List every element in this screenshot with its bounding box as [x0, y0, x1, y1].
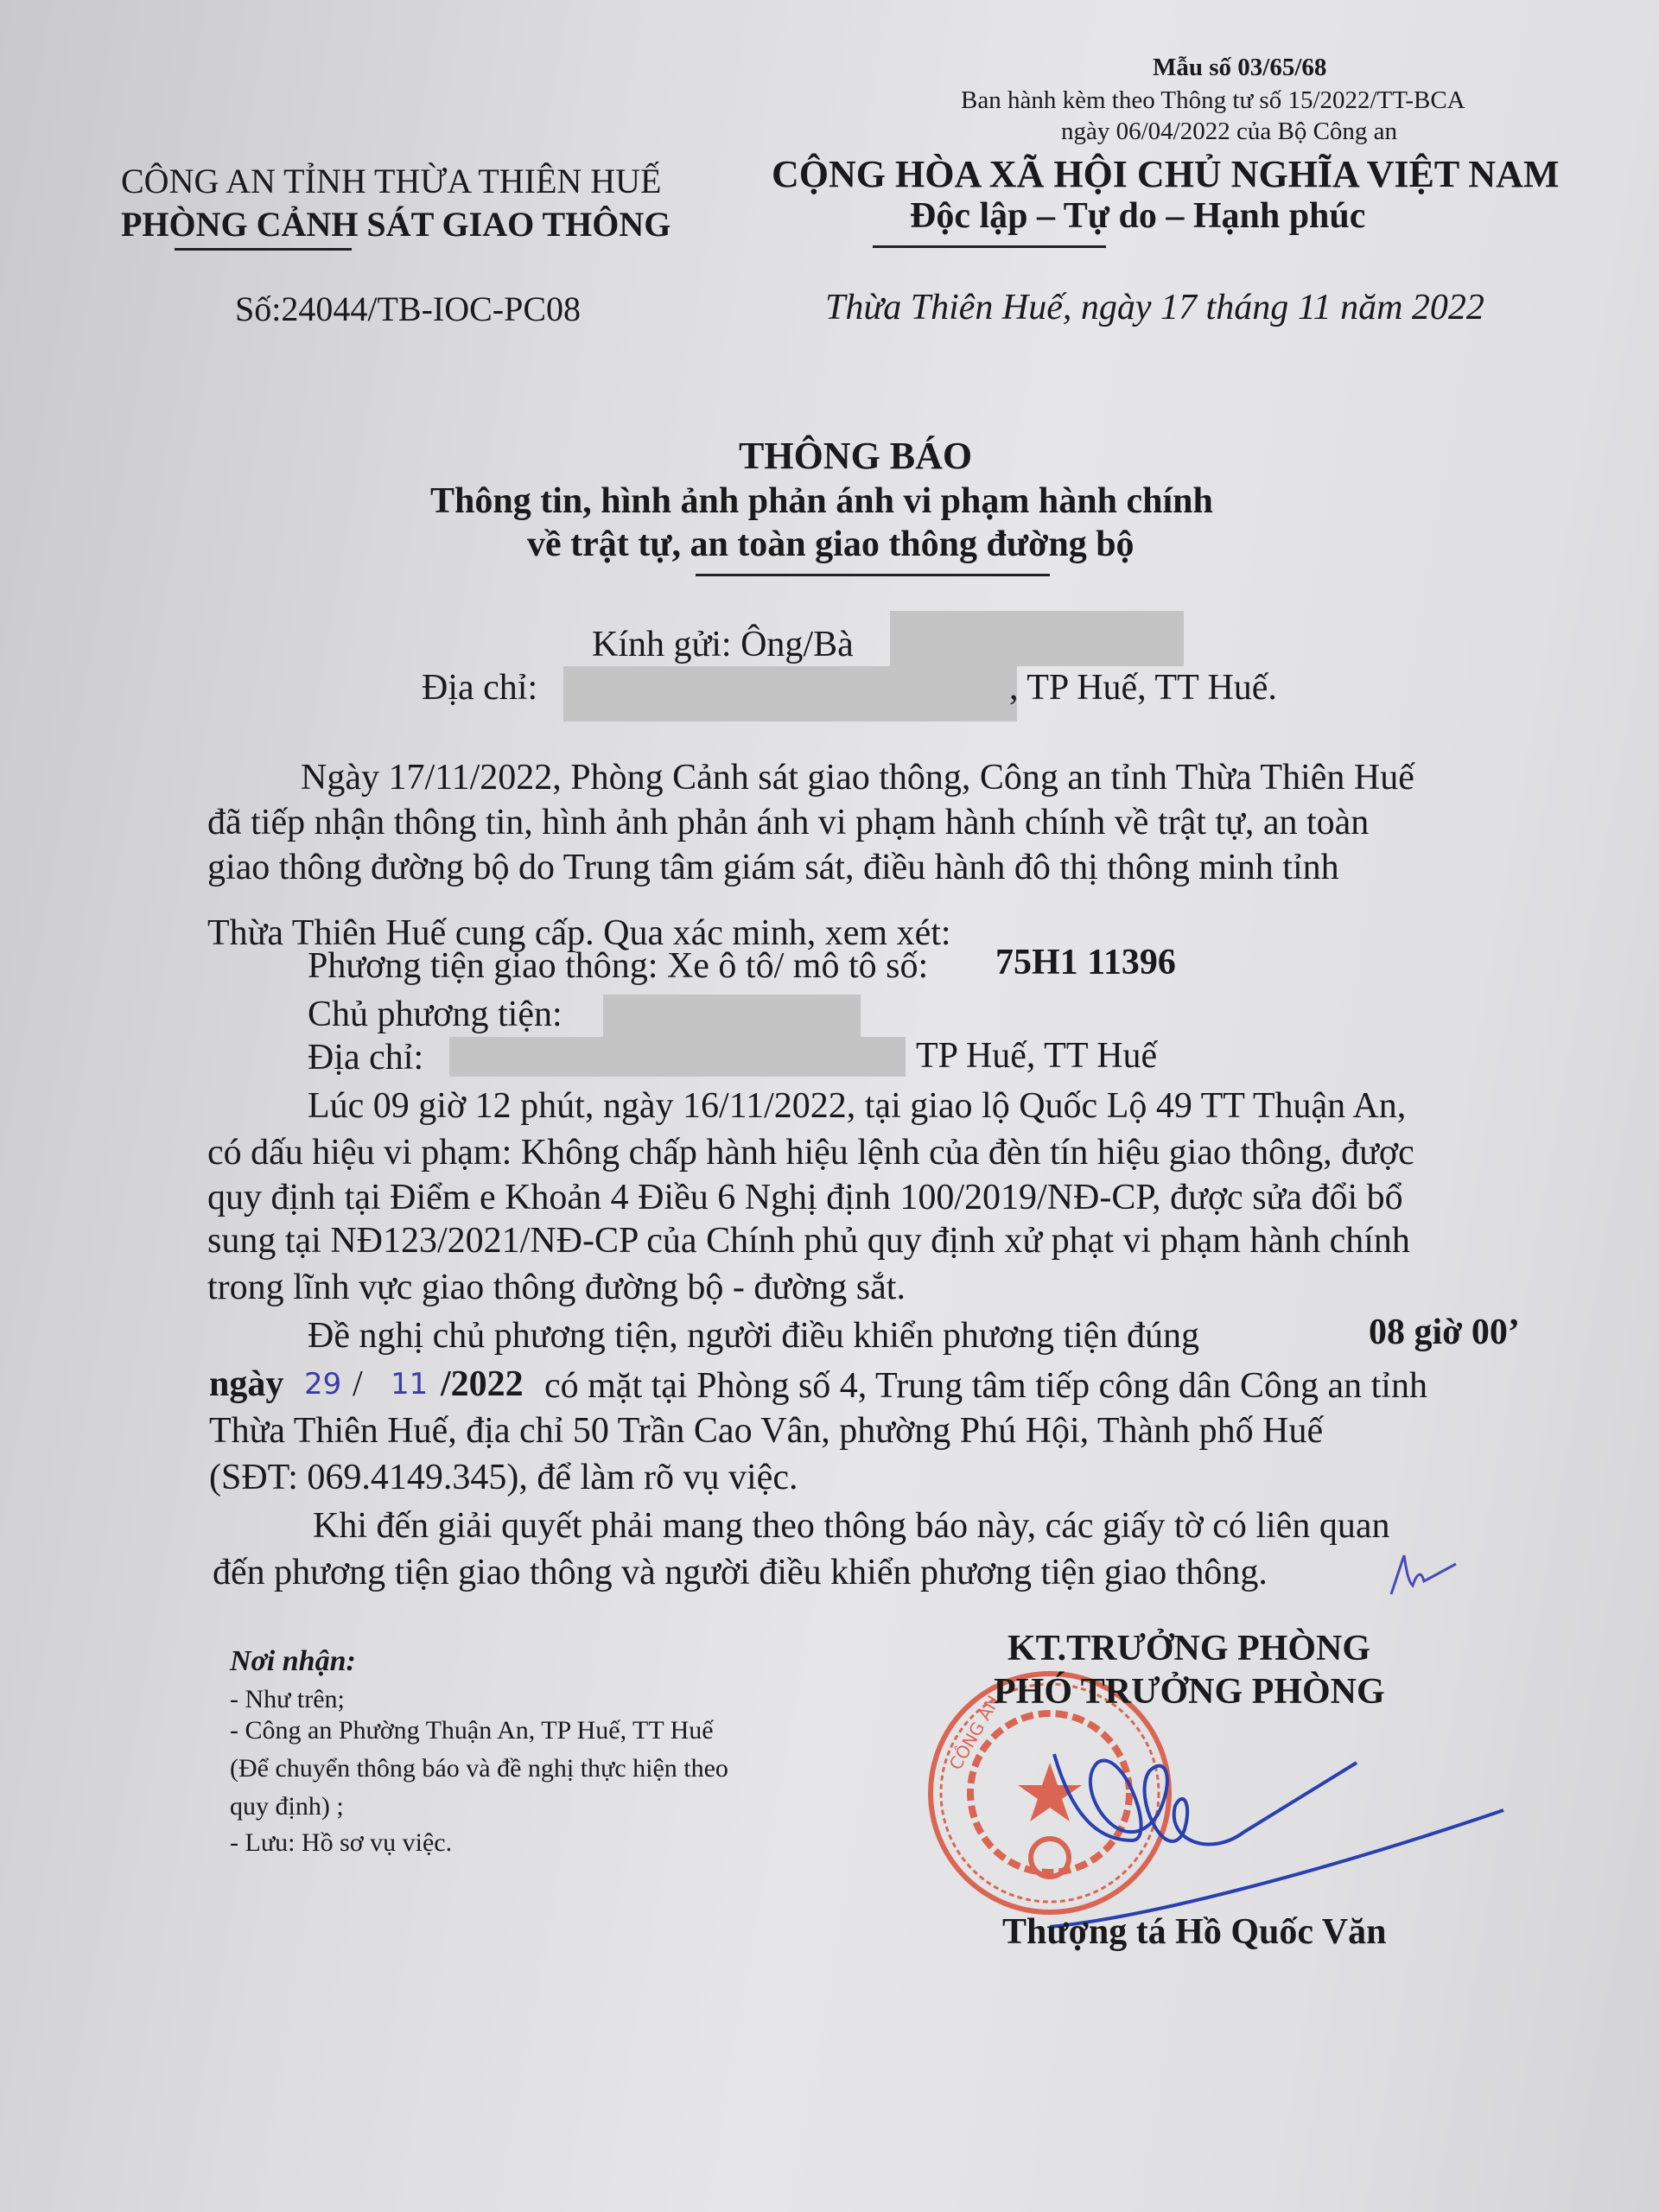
redacted-recipient-address	[563, 666, 1017, 721]
notice-document: Mẫu số 03/65/68 Ban hành kèm theo Thông …	[0, 0, 1659, 2212]
agency-underline	[175, 248, 352, 251]
paragraph2-line1: Lúc 09 giờ 12 phút, ngày 16/11/2022, tại…	[308, 1085, 1406, 1127]
paragraph2-line3: quy định tại Điểm e Khoản 4 Điều 6 Nghị …	[207, 1177, 1403, 1218]
owner-address-label: Địa chỉ:	[308, 1037, 423, 1078]
form-issued-date: ngày 06/04/2022 của Bộ Công an	[1061, 118, 1397, 146]
distribution-item-5: - Lưu: Hồ sơ vụ việc.	[230, 1828, 452, 1858]
appointment-time: 08 giờ 00’	[1369, 1312, 1520, 1353]
recipient-address-label: Địa chỉ:	[422, 667, 537, 709]
paragraph1-line2: đã tiếp nhận thông tin, hình ảnh phản án…	[207, 802, 1369, 843]
distribution-item-4: quy định) ;	[230, 1792, 344, 1821]
distribution-item-2: - Công an Phường Thuận An, TP Huế, TT Hu…	[230, 1716, 714, 1745]
redacted-recipient-name	[890, 611, 1184, 666]
motto-underline	[873, 245, 1106, 248]
national-motto: Độc lập – Tự do – Hạnh phúc	[910, 195, 1365, 237]
appointment-day-handwritten: 29	[304, 1367, 341, 1402]
paragraph2-line4: sung tại NĐ123/2021/NĐ-CP của Chính phủ …	[207, 1220, 1410, 1262]
distribution-heading: Nơi nhận:	[230, 1645, 356, 1678]
appointment-year: /2022	[441, 1363, 524, 1405]
document-subtitle-line1: Thông tin, hình ảnh phản ánh vi phạm hàn…	[430, 480, 1213, 522]
paragraph3-line2: có mặt tại Phòng số 4, Trung tâm tiếp cô…	[544, 1365, 1427, 1407]
owner-label: Chủ phương tiện:	[308, 994, 563, 1035]
recipient-label: Kính gửi: Ông/Bà	[592, 624, 854, 665]
paragraph2-line2: có dấu hiệu vi phạm: Không chấp hành hiệ…	[207, 1132, 1414, 1173]
title-underline	[696, 574, 1050, 576]
redacted-owner-name	[603, 995, 861, 1038]
handwritten-signature-icon	[950, 1711, 1538, 1935]
document-title: THÔNG BÁO	[739, 434, 972, 478]
paragraph4-line1: Khi đến giải quyết phải mang theo thông …	[313, 1505, 1389, 1547]
form-number: Mẫu số 03/65/68	[1153, 54, 1326, 82]
signer-name: Thượng tá Hồ Quốc Văn	[1002, 1911, 1386, 1953]
appointment-day-label: ngày	[209, 1363, 283, 1405]
document-subtitle-line2: về trật tự, an toàn giao thông đường bộ	[527, 524, 1135, 565]
initials-mark-icon	[1382, 1547, 1460, 1599]
distribution-item-1: - Như trên;	[230, 1685, 345, 1714]
recipient-address-suffix: , TP Huế, TT Huế.	[1009, 667, 1277, 709]
paragraph2-line5: trong lĩnh vực giao thông đường bộ - đườ…	[207, 1267, 906, 1308]
agency-department: PHÒNG CẢNH SÁT GIAO THÔNG	[121, 204, 671, 245]
paragraph3-line1: Đề nghị chủ phương tiện, người điều khiể…	[308, 1315, 1199, 1357]
paragraph1-line3: giao thông đường bộ do Trung tâm giám sá…	[207, 847, 1339, 888]
owner-address-suffix: TP Huế, TT Huế	[916, 1035, 1157, 1077]
redacted-owner-address	[449, 1037, 906, 1077]
date-separator: /	[353, 1363, 363, 1405]
document-number: Số:24044/TB-IOC-PC08	[235, 289, 581, 329]
paragraph4-line2: đến phương tiện giao thông và người điều…	[213, 1552, 1268, 1593]
license-plate: 75H1 11396	[995, 942, 1176, 983]
signature-on-behalf: KT.TRƯỞNG PHÒNG	[1007, 1628, 1370, 1669]
country-name: CỘNG HÒA XÃ HỘI CHỦ NGHĨA VIỆT NAM	[772, 152, 1559, 196]
paragraph3-line3: Thừa Thiên Huế, địa chỉ 50 Trần Cao Vân,…	[209, 1410, 1323, 1452]
paragraph1-line1: Ngày 17/11/2022, Phòng Cảnh sát giao thô…	[301, 757, 1414, 798]
vehicle-label: Phương tiện giao thông: Xe ô tô/ mô tô s…	[308, 945, 928, 987]
appointment-month-handwritten: 11	[391, 1367, 428, 1402]
place-date: Thừa Thiên Huế, ngày 17 tháng 11 năm 202…	[825, 287, 1484, 328]
agency-parent: CÔNG AN TỈNH THỪA THIÊN HUẾ	[121, 161, 661, 201]
form-issued-with: Ban hành kèm theo Thông tư số 15/2022/TT…	[961, 86, 1465, 115]
signature-position: PHÓ TRƯỞNG PHÒNG	[994, 1671, 1385, 1713]
distribution-item-3: (Để chuyển thông báo và đề nghị thực hiệ…	[230, 1754, 728, 1783]
paragraph3-line4: (SĐT: 069.4149.345), để làm rõ vụ việc.	[209, 1457, 798, 1498]
